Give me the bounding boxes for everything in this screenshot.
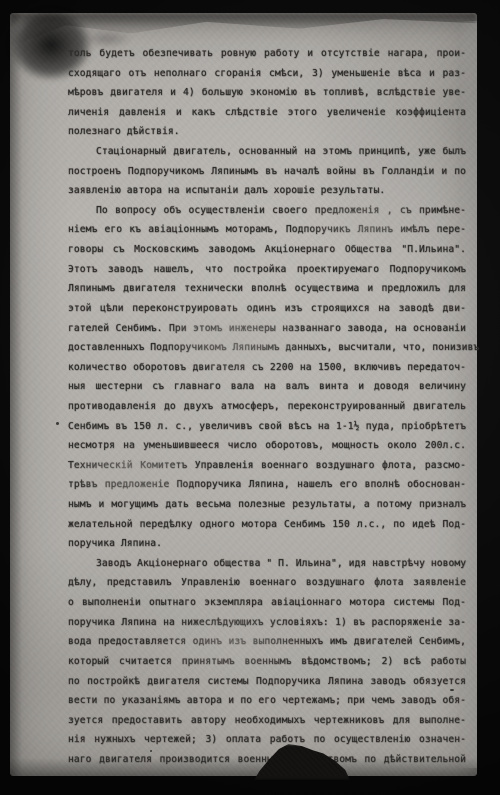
text-line: несмотря на уменьшившееся число оборотов… xyxy=(68,436,466,456)
scan-background: толь будетъ обезпечивать ровную работу и… xyxy=(0,0,500,795)
text-line: Техническій Комитетъ Управленія военнаго… xyxy=(68,456,466,476)
text-line: противодавленія до двухъ атмосферъ, пере… xyxy=(68,397,466,417)
dirt-speck xyxy=(150,750,152,752)
text-line: личенія давленія и какъ слѣдствіе этого … xyxy=(68,103,466,123)
text-line: дѣлу, представилъ Управленію военнаго во… xyxy=(68,573,466,593)
text-line: ныя шестерни съ главнаго вала на валъ ви… xyxy=(68,377,466,397)
text-line: По вопросу объ осуществленіи своего пред… xyxy=(68,201,466,221)
text-line: построенъ Подпоручикомъ Ляпинымъ въ нача… xyxy=(68,162,466,182)
text-line: Этотъ заводъ нашелъ, что постройка проек… xyxy=(68,260,466,280)
text-line: ніемъ его къ авіаціоннымъ моторамъ, Подп… xyxy=(68,220,466,240)
paragraph: Заводъ Акціонернаго общества " П. Ильина… xyxy=(68,554,466,770)
text-line: о выполненіи опытнаго экземпляра авіаціо… xyxy=(68,593,466,613)
text-line: нія нужныхъ чертежей; 3) оплата работъ п… xyxy=(68,730,466,750)
text-line: нымъ и могущимъ дать весьма полезные рез… xyxy=(68,495,466,515)
text-line: сходящаго отъ неполнаго сгоранія смѣси, … xyxy=(68,64,466,84)
text-line: по постройкѣ двигателя системы Подпоручи… xyxy=(68,672,466,692)
text-block: толь будетъ обезпечивать ровную работу и… xyxy=(68,44,466,770)
text-line: заявленію автора на испытаніи далъ хорош… xyxy=(68,181,466,201)
text-line: полезнаго дѣйствія. xyxy=(68,122,466,142)
dirt-speck xyxy=(427,365,430,367)
text-line: Заводъ Акціонернаго общества " П. Ильина… xyxy=(68,554,466,574)
paragraph: толь будетъ обезпечивать ровную работу и… xyxy=(68,44,466,142)
paragraph: Стаціонарный двигатель, основанный на эт… xyxy=(68,142,466,201)
text-line: гателей Сенбимъ. При этомъ инженеры назв… xyxy=(68,319,466,339)
text-line: поручика Ляпина на нижеслѣдующихъ услові… xyxy=(68,613,466,633)
text-line: поручика Ляпина. xyxy=(68,534,466,554)
text-line: Сенбимъ въ 150 л. с., увеличивъ свой вѣс… xyxy=(68,417,466,437)
text-line: желательной передѣлку одного мотора Сенб… xyxy=(68,515,466,535)
torn-top-edge-shading xyxy=(10,13,477,47)
text-line: Стаціонарный двигатель, основанный на эт… xyxy=(68,142,466,162)
text-line: который считается принятымъ военнымъ вѣд… xyxy=(68,652,466,672)
text-line: толь будетъ обезпечивать ровную работу и… xyxy=(68,44,466,64)
text-line: Ляпинымъ двигателя технически вполнѣ осу… xyxy=(68,279,466,299)
dirt-speck xyxy=(450,689,454,691)
text-line: этой цѣли переконструировать одинъ изъ с… xyxy=(68,299,466,319)
text-line: говоры съ Московскимъ заводомъ Акціонерн… xyxy=(68,240,466,260)
left-edge-shadow xyxy=(10,13,22,776)
text-line: вести по указаніямъ автора и по его черт… xyxy=(68,691,466,711)
text-line: количество оборотовъ двигателя съ 2200 н… xyxy=(68,358,466,378)
text-line: мѣровъ двигателя и 4) большую экономію в… xyxy=(68,83,466,103)
paper-sheet: толь будетъ обезпечивать ровную работу и… xyxy=(10,13,477,776)
text-line: вода предоставляется одинъ изъ выполненн… xyxy=(68,632,466,652)
text-line: зуется предоставить автору необходимыхъ … xyxy=(68,711,466,731)
text-line: трѣвъ предложеніе Подпоручика Ляпина, на… xyxy=(68,475,466,495)
paragraph: По вопросу объ осуществленіи своего пред… xyxy=(68,201,466,554)
dirt-speck xyxy=(56,422,59,425)
text-line: доставленныхъ Подпоручикомъ Ляпинымъ дан… xyxy=(68,338,466,358)
